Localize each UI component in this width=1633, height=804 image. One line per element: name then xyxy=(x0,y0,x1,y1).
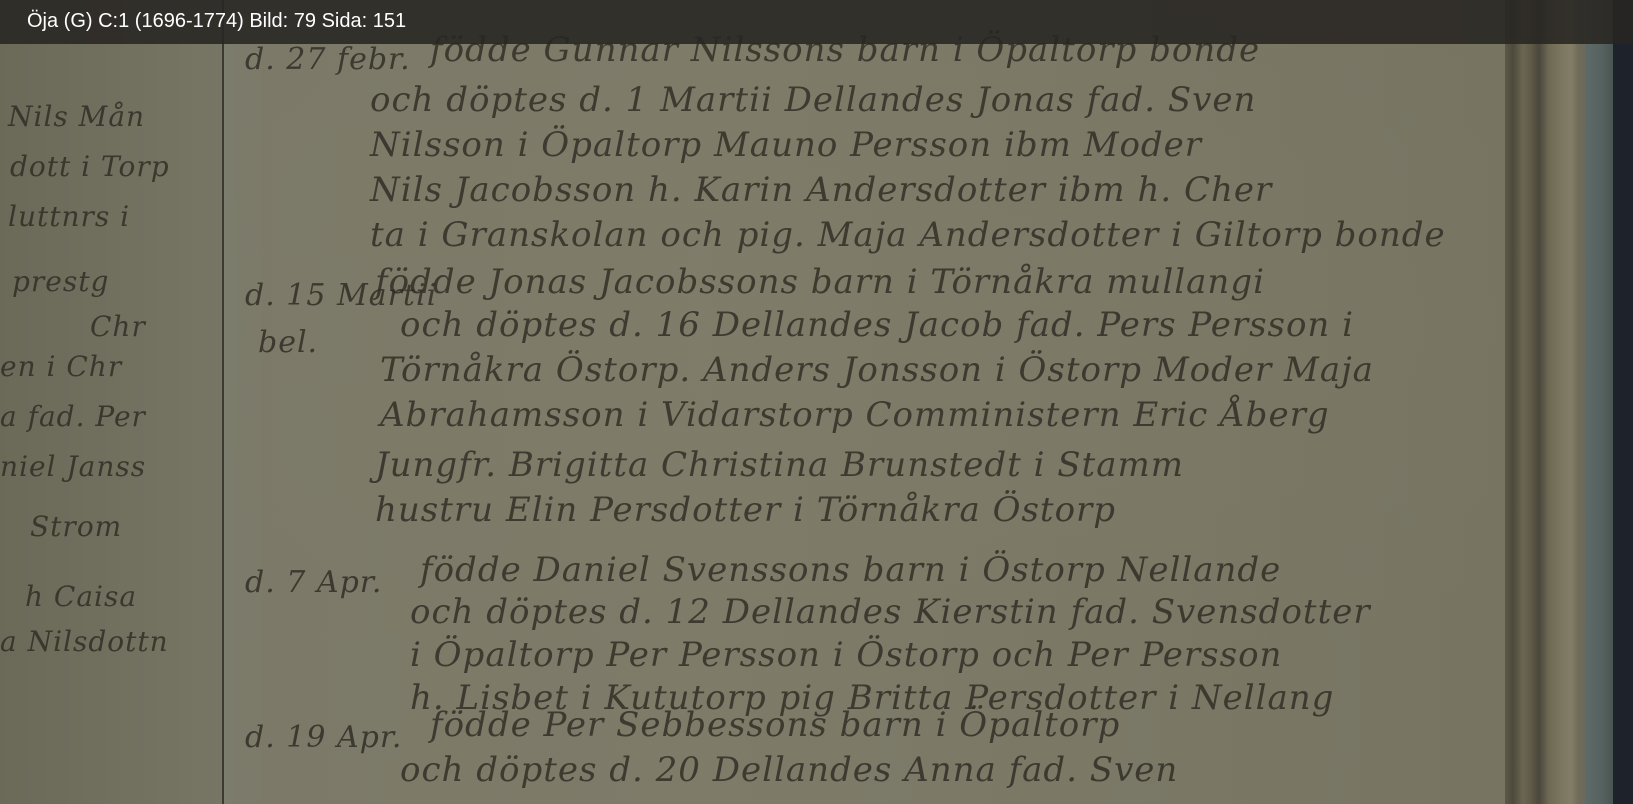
handwritten-line: Törnåkra Östorp. Anders Jonsson i Östorp… xyxy=(380,350,1374,390)
scan-background xyxy=(1613,0,1633,804)
handwritten-line: och döptes d. 20 Dellandes Anna fad. Sve… xyxy=(400,750,1178,790)
book-page-edge xyxy=(1505,0,1585,804)
handwritten-line: luttnrs i xyxy=(8,200,130,233)
handwritten-line: Nils Jacobsson h. Karin Andersdotter ibm… xyxy=(370,170,1272,210)
image-viewer[interactable]: Nils Måndott i Torpluttnrs iprestgChren … xyxy=(0,0,1633,804)
handwritten-line: bel. xyxy=(258,325,318,360)
scanned-page-image: Nils Måndott i Torpluttnrs iprestgChren … xyxy=(0,0,1633,804)
handwritten-line: ta i Granskolan och pig. Maja Andersdott… xyxy=(370,215,1446,255)
handwritten-line: a Nilsdottn xyxy=(0,625,169,658)
handwritten-line: Chr xyxy=(90,310,146,343)
handwritten-line: Nilsson i Öpaltorp Mauno Persson ibm Mod… xyxy=(370,125,1202,165)
book-cover-edge xyxy=(1585,0,1613,804)
handwritten-line: a fad. Per xyxy=(0,400,146,433)
gutter-shade xyxy=(224,0,264,804)
handwritten-line: en i Chr xyxy=(0,350,122,383)
handwritten-line: dott i Torp xyxy=(10,150,170,183)
handwritten-line: prestg xyxy=(12,265,109,298)
handwritten-line: födde Jonas Jacobssons barn i Törnåkra m… xyxy=(375,262,1265,302)
handwritten-line: d. 7 Apr. xyxy=(245,565,382,600)
handwritten-line: och döptes d. 12 Dellandes Kierstin fad.… xyxy=(410,592,1371,632)
handwritten-line: hustru Elin Persdotter i Törnåkra Östorp xyxy=(375,490,1116,530)
handwritten-line: Strom xyxy=(30,510,122,543)
handwritten-line: d. 19 Apr. xyxy=(245,720,402,755)
handwritten-line: födde Daniel Svenssons barn i Östorp Nel… xyxy=(420,550,1281,590)
handwritten-line: i Öpaltorp Per Persson i Östorp och Per … xyxy=(410,635,1282,675)
handwritten-line: niel Janss xyxy=(0,450,146,483)
handwritten-line: och döptes d. 1 Martii Dellandes Jonas f… xyxy=(370,80,1256,120)
handwritten-line: Jungfr. Brigitta Christina Brunstedt i S… xyxy=(375,445,1184,485)
handwritten-line: Abrahamsson i Vidarstorp Comministern Er… xyxy=(380,395,1330,435)
image-title: Öja (G) C:1 (1696-1774) Bild: 79 Sida: 1… xyxy=(27,9,406,33)
handwritten-line: d. 27 febr. xyxy=(245,42,411,77)
title-overlay: Öja (G) C:1 (1696-1774) Bild: 79 Sida: 1… xyxy=(0,0,1633,44)
handwritten-line: födde Per Sebbessons barn i Öpaltorp xyxy=(430,705,1120,745)
handwritten-line: Nils Mån xyxy=(8,100,145,133)
handwritten-line: h Caisa xyxy=(25,580,137,613)
handwritten-line: och döptes d. 16 Dellandes Jacob fad. Pe… xyxy=(400,305,1354,345)
